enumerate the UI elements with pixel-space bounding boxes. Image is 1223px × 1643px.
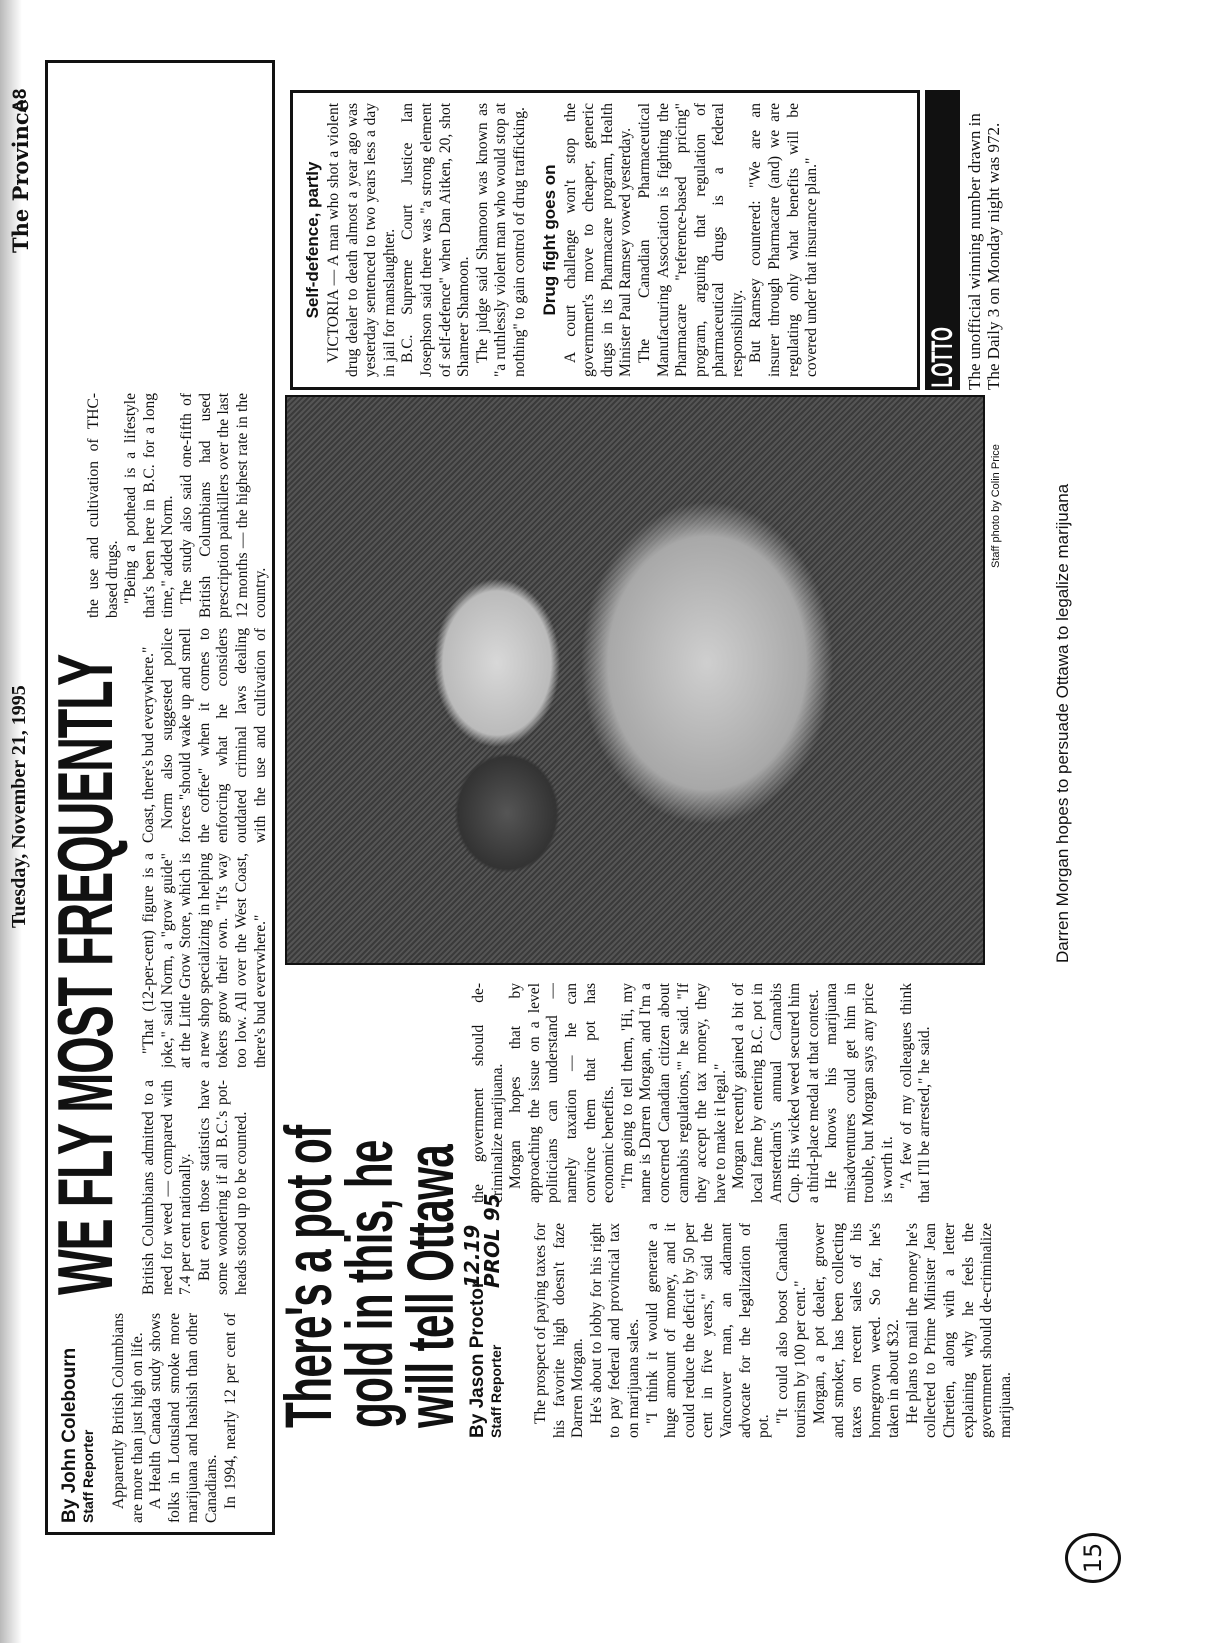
paragraph: Morgan, a pot dealer, grower and smoker,…: [811, 1223, 904, 1438]
briefs-box: Self-defence, partly VICTORIA — A man wh…: [290, 90, 920, 390]
paragraph: But Ramsey countered: "We are an insurer…: [747, 103, 821, 377]
paragraph: A Health Canada study shows folks in Lot…: [147, 1313, 221, 1523]
story2-column-2: the government should de-criminalize mar…: [470, 983, 1050, 1203]
paragraph: the government should de-criminalize mar…: [470, 983, 507, 1203]
brief-body: VICTORIA — A man who shot a violent drug…: [325, 103, 530, 377]
story2-column-1: The prospect of paying taxes for his fav…: [532, 1223, 1052, 1438]
photo-credit: Staff photo by Colin Price: [990, 444, 1002, 568]
paragraph: Apparently British Columbians are more t…: [110, 1313, 147, 1523]
paragraph: A court challenge won't stop the governm…: [562, 103, 636, 377]
story1-column-3: "That (12-per-cent) figure is a joke," s…: [140, 853, 265, 1068]
photo-darren-morgan: [285, 395, 985, 965]
story1-column-4: Coast, there's bud everywhere." Norm als…: [140, 628, 265, 843]
paragraph: "I'm going to tell them, 'Hi, my name is…: [619, 983, 731, 1203]
paragraph: "Being a pothead is a lifestyle that's b…: [122, 393, 178, 618]
paragraph: "It could also boost Canadian tourism by…: [774, 1223, 811, 1438]
story1-column-1: Apparently British Columbians are more t…: [110, 1313, 240, 1523]
story1-byline-title: Staff Reporter: [80, 1313, 96, 1523]
lotto-banner: LOTTO: [925, 90, 960, 390]
handwritten-note: 12.19 PROL 95: [462, 1193, 502, 1288]
paragraph: The Canadian Pharmaceutical Manufacturin…: [636, 103, 748, 377]
handwritten-page-mark: 15: [1065, 1533, 1121, 1583]
paragraph: Norm also suggested police forces "shoul…: [159, 628, 265, 843]
brief-headline: Self-defence, partly: [303, 103, 323, 377]
paragraph: British Columbians admitted to a need fo…: [140, 1080, 196, 1295]
paragraph: B.C. Supreme Court Justice Ian Josephson…: [399, 103, 473, 377]
paragraph: In 1994, nearly 12 per cent of British C…: [222, 1313, 240, 1523]
paragraph: "That (12-per-cent) figure is a joke," s…: [140, 853, 265, 1068]
paragraph: "A few of my colleagues think that I'll …: [898, 983, 935, 1203]
brief-body: A court challenge won't stop the governm…: [562, 103, 822, 377]
paragraph: The study also said one-fifth of British…: [178, 393, 270, 618]
brief-headline: Drug fight goes on: [540, 103, 560, 377]
paragraph: "I think it would generate a huge amount…: [644, 1223, 774, 1438]
story1-byline: By John Colebourn: [60, 1313, 80, 1523]
headline-line: gold in this, he: [339, 1125, 400, 1428]
photo-caption: Darren Morgan hopes to persuade Ottawa t…: [1053, 484, 1073, 963]
paragraph: the use and cultivation of THC-based dru…: [85, 393, 122, 618]
newspaper-page: A8 The Province Tuesday, November 21, 19…: [0, 0, 1223, 1643]
headline-line: There's a pot of: [278, 1125, 339, 1428]
paragraph: But even those statistics have some wond…: [196, 1080, 252, 1295]
paragraph: Coast, there's bud everywhere.": [140, 628, 159, 843]
story1-column-5: the use and cultivation of THC-based dru…: [85, 393, 270, 618]
paragraph: He's about to lobby for his right to pay…: [588, 1223, 644, 1438]
paragraph: Morgan hopes that by approaching the iss…: [507, 983, 619, 1203]
newspaper-name: The Province: [8, 99, 33, 253]
lotto-text: The unofficial winning number drawn in T…: [965, 90, 1003, 390]
story2-headline: There's a pot of gold in this, he will t…: [278, 1125, 461, 1428]
paragraph: The judge said Shamoon was known as "a r…: [474, 103, 530, 377]
headline-line: will tell Ottawa: [400, 1125, 461, 1428]
lotto-label: LOTTO: [925, 210, 960, 390]
paragraph: VICTORIA — A man who shot a violent drug…: [325, 103, 399, 377]
paragraph: He knows his marijuana misadventures cou…: [823, 983, 897, 1203]
paragraph: The prospect of paying taxes for his fav…: [532, 1223, 588, 1438]
handwritten-code: PROL 95: [482, 1193, 502, 1288]
handwritten-date: 12.19: [462, 1193, 482, 1288]
story1-byline-block: By John Colebourn Staff Reporter Apparen…: [60, 1313, 240, 1523]
publication-date: Tuesday, November 21, 1995: [8, 685, 31, 928]
story1-headline: WE FLY MOST FREQUENTLY: [45, 655, 125, 1295]
paragraph: He plans to mail the money he's collecte…: [904, 1223, 1016, 1438]
paragraph: Morgan recently gained a bit of local fa…: [730, 983, 823, 1203]
story1-column-2: British Columbians admitted to a need fo…: [140, 1080, 265, 1295]
